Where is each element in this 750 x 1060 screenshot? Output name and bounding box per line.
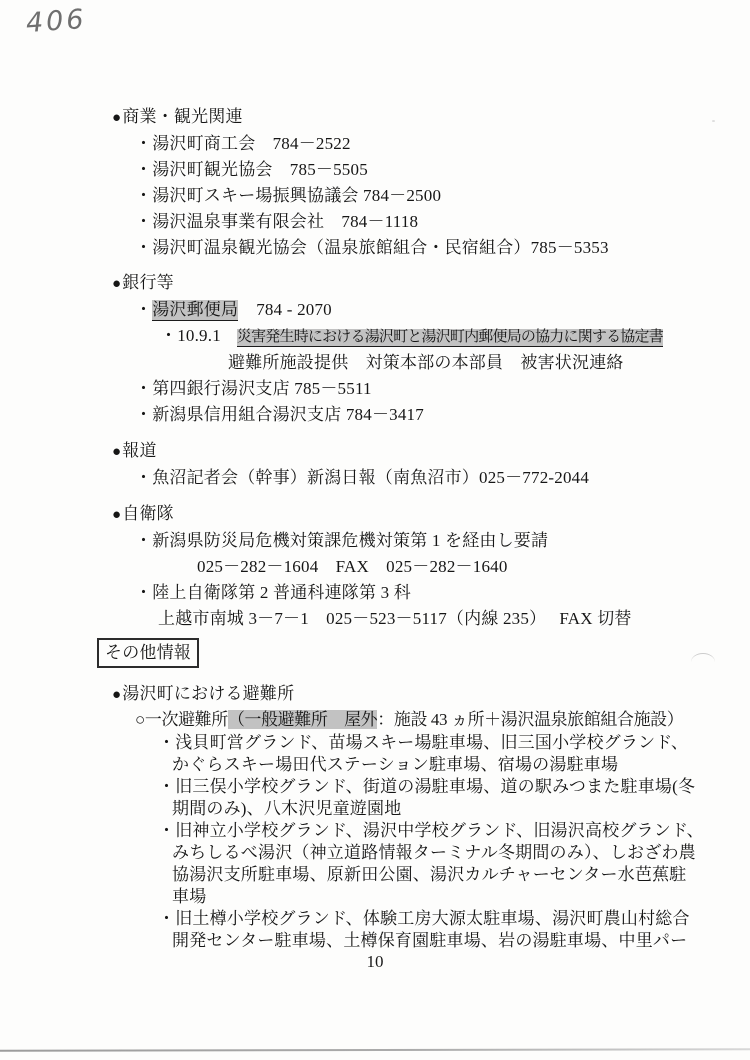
primary-shelter-highlight: （一般避難所 屋外 — [228, 710, 377, 729]
item-bullet-icon: ・ — [160, 326, 177, 345]
item-bullet-icon: ・ — [135, 212, 152, 231]
list-item: ・湯沢町商工会 784－2522 — [112, 131, 690, 157]
post-office-phone: 784 - 2070 — [256, 300, 332, 319]
list-item-text: 旧三俣小学校グランド、街道の湯駐車場、道の駅みつまた駐車場(冬 — [175, 777, 695, 796]
list-item-continuation: かぐらスキー場田代ステーション駐車場、宿場の湯駐車場 — [112, 754, 690, 776]
list-item-text: 魚沼記者会（幹事）新潟日報（南魚沼市）025－772‐2044 — [152, 468, 589, 487]
list-item: ・旧神立小学校グランド、湯沢中学校グランド、旧湯沢高校グランド、 — [112, 820, 690, 842]
section-bullet-icon: ● — [112, 507, 121, 523]
item-bullet-icon: ・ — [158, 821, 175, 840]
section-bullet-icon: ● — [112, 276, 121, 292]
list-item: ・湯沢町温泉観光協会（温泉旅館組合・民宿組合）785－5353 — [112, 235, 690, 261]
list-item-continuation: みちしるべ湯沢（神立道路情報ターミナル冬期間のみ）、しおざわ農 — [112, 842, 690, 864]
list-item: ・魚沼記者会（幹事）新潟日報（南魚沼市）025－772‐2044 — [112, 465, 690, 491]
other-info-wrapper: その他情報 — [112, 638, 690, 668]
item-bullet-icon: ・ — [158, 909, 175, 928]
bank-contact-list: ・第四銀行湯沢支店 785－5511・新潟県信用組合湯沢支店 784－3417 — [112, 376, 690, 428]
section-heading-text: 商業・観光関連 — [122, 107, 242, 126]
post-office-row: ・湯沢郵便局784 - 2070 — [112, 297, 690, 323]
list-item-continuation: 開発センター駐車場、土樽保育園駐車場、岩の湯駐車場、中里パー — [112, 930, 690, 952]
list-item: ・浅貝町営グランド、苗場スキー場駐車場、旧三国小学校グランド、 — [112, 732, 690, 754]
shelter-site-list: ・浅貝町営グランド、苗場スキー場駐車場、旧三国小学校グランド、かぐらスキー場田代… — [112, 732, 690, 952]
list-item-text: 湯沢町商工会 784－2522 — [152, 134, 351, 153]
section-commerce-tourism: ●商業・観光関連 ・湯沢町商工会 784－2522・湯沢町観光協会 785－55… — [112, 104, 690, 261]
list-item: ・旧三俣小学校グランド、街道の湯駐車場、道の駅みつまた駐車場(冬 — [112, 776, 690, 798]
section-heading-sdf: ●自衛隊 — [112, 501, 690, 528]
item-bullet-icon: ・ — [135, 531, 152, 550]
commerce-contact-list: ・湯沢町商工会 784－2522・湯沢町観光協会 785－5505・湯沢町スキー… — [112, 131, 690, 261]
list-item-continuation: 協湯沢支所駐車場、原新田公園、湯沢カルチャーセンター水芭蕉駐 — [112, 864, 690, 886]
section-heading-shelters: ●湯沢町における避難所 — [112, 681, 690, 708]
section-heading-press: ●報道 — [112, 438, 690, 465]
page-number: 10 — [0, 952, 750, 972]
section-bullet-icon: ● — [112, 687, 121, 703]
item-bullet-icon: ・ — [135, 186, 152, 205]
list-item: ・旧土樽小学校グランド、体験工房大源太駐車場、湯沢町農山村総合 — [112, 908, 690, 930]
item-bullet-icon: ・ — [158, 777, 175, 796]
list-item-text: 旧神立小学校グランド、湯沢中学校グランド、旧湯沢高校グランド、 — [175, 821, 704, 840]
item-bullet-icon: ・ — [135, 405, 152, 424]
section-heading-banks: ●銀行等 — [112, 270, 690, 297]
sdf-request-text: 新潟県防災局危機対策課危機対策第 1 を経由し要請 — [152, 531, 548, 550]
list-item: ・湯沢温泉事業有限会社 784－1118 — [112, 209, 690, 235]
list-item-text: かぐらスキー場田代ステーション駐車場、宿場の湯駐車場 — [172, 755, 618, 774]
list-item: ・湯沢町スキー場振興協議会 784－2500 — [112, 183, 690, 209]
document-content: ●商業・観光関連 ・湯沢町商工会 784－2522・湯沢町観光協会 785－55… — [112, 104, 690, 952]
sdf-unit-row: ・陸上自衛隊第 2 普通科連隊第 3 科 — [112, 580, 690, 606]
item-bullet-icon: ・ — [135, 468, 152, 487]
handwritten-page-number: 406 — [25, 4, 88, 39]
agreement-detail: 避難所施設提供 対策本部の本部員 被害状況連絡 — [112, 350, 690, 376]
section-heading-text: 銀行等 — [122, 273, 174, 292]
item-bullet-icon: ・ — [135, 379, 152, 398]
list-item-text: 湯沢町温泉観光協会（温泉旅館組合・民宿組合）785－5353 — [152, 238, 609, 257]
primary-shelter-prefix: 一次避難所 — [145, 710, 228, 729]
agreement-date: 10.9.1 — [177, 326, 221, 345]
list-item-text: 車場 — [172, 887, 206, 906]
agreement-row: ・10.9.1災害発生時における湯沢町と湯沢町内郵便局の協力に関する協定書 — [112, 323, 690, 350]
list-item-text: 浅貝町営グランド、苗場スキー場駐車場、旧三国小学校グランド、 — [175, 733, 688, 752]
primary-shelter-suffix: ：施設 43 ヵ所＋湯沢温泉旅館組合施設） — [377, 710, 683, 729]
list-item-text: 新潟県信用組合湯沢支店 784－3417 — [152, 405, 424, 424]
sdf-request-phones: 025－282－1604 FAX 025－282－1640 — [112, 554, 690, 580]
section-shelters: ●湯沢町における避難所 ○一次避難所（一般避難所 屋外：施設 43 ヵ所＋湯沢温… — [112, 681, 690, 952]
list-item-text: 湯沢町観光協会 785－5505 — [152, 160, 368, 179]
list-item-text: 開発センター駐車場、土樽保育園駐車場、岩の湯駐車場、中里パー — [172, 931, 687, 950]
item-bullet-icon: ・ — [135, 300, 152, 319]
section-bullet-icon: ● — [112, 110, 121, 126]
scan-artifact-dot — [712, 120, 715, 122]
sdf-unit-address: 上越市南城 3－7－1 025－523－5117（内線 235） FAX 切替 — [112, 606, 690, 632]
circle-bullet-icon: ○ — [135, 710, 145, 729]
list-item: ・新潟県信用組合湯沢支店 784－3417 — [112, 402, 690, 428]
list-item-text: 旧土樽小学校グランド、体験工房大源太駐車場、湯沢町農山村総合 — [175, 909, 689, 928]
section-bullet-icon: ● — [112, 444, 121, 460]
list-item-text: 湯沢町スキー場振興協議会 784－2500 — [152, 186, 441, 205]
list-item-text: 期間のみ)、八木沢児童遊園地 — [172, 799, 401, 818]
list-item-continuation: 車場 — [112, 886, 690, 908]
list-item-text: みちしるべ湯沢（神立道路情報ターミナル冬期間のみ）、しおざわ農 — [172, 843, 696, 862]
section-heading-commerce: ●商業・観光関連 — [112, 104, 690, 131]
post-office-name: 湯沢郵便局 — [152, 300, 238, 321]
sdf-unit-text: 陸上自衛隊第 2 普通科連隊第 3 科 — [152, 583, 411, 602]
primary-shelter-row: ○一次避難所（一般避難所 屋外：施設 43 ヵ所＋湯沢温泉旅館組合施設） — [112, 708, 690, 732]
section-heading-text: 湯沢町における避難所 — [122, 684, 294, 703]
list-item: ・第四銀行湯沢支店 785－5511 — [112, 376, 690, 402]
press-contact-list: ・魚沼記者会（幹事）新潟日報（南魚沼市）025－772‐2044 — [112, 465, 690, 491]
list-item: ・湯沢町観光協会 785－5505 — [112, 157, 690, 183]
scan-artifact-line — [0, 1049, 750, 1052]
list-item-continuation: 期間のみ)、八木沢児童遊園地 — [112, 798, 690, 820]
section-self-defense-force: ●自衛隊 ・新潟県防災局危機対策課危機対策第 1 を経由し要請 025－282－… — [112, 501, 690, 632]
scanned-document-page: 406 ●商業・観光関連 ・湯沢町商工会 784－2522・湯沢町観光協会 78… — [0, 0, 750, 1060]
item-bullet-icon: ・ — [135, 134, 152, 153]
item-bullet-icon: ・ — [135, 583, 152, 602]
agreement-title: 災害発生時における湯沢町と湯沢町内郵便局の協力に関する協定書 — [237, 329, 663, 347]
section-heading-text: 報道 — [122, 441, 156, 460]
other-info-label: その他情報 — [97, 638, 199, 668]
sdf-request-row: ・新潟県防災局危機対策課危機対策第 1 を経由し要請 — [112, 528, 690, 554]
section-press: ●報道 ・魚沼記者会（幹事）新潟日報（南魚沼市）025－772‐2044 — [112, 438, 690, 491]
item-bullet-icon: ・ — [135, 160, 152, 179]
item-bullet-icon: ・ — [135, 238, 152, 257]
item-bullet-icon: ・ — [158, 733, 175, 752]
list-item-text: 協湯沢支所駐車場、原新田公園、湯沢カルチャーセンター水芭蕉駐 — [172, 865, 686, 884]
list-item-text: 湯沢温泉事業有限会社 784－1118 — [152, 212, 418, 231]
scan-artifact-arc — [691, 653, 715, 662]
section-heading-text: 自衛隊 — [122, 504, 174, 523]
section-banks: ●銀行等 ・湯沢郵便局784 - 2070 ・10.9.1災害発生時における湯沢… — [112, 270, 690, 428]
list-item-text: 第四銀行湯沢支店 785－5511 — [152, 379, 372, 398]
